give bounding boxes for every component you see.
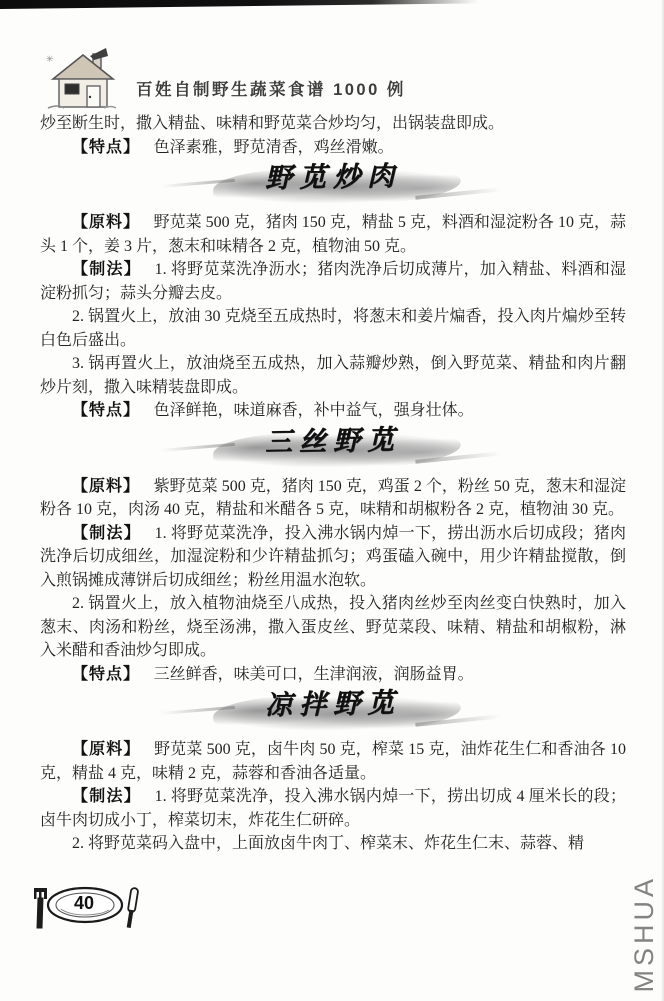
ingredients-paragraph: 【原料】紫野苋菜 500 克，猪肉 150 克，鸡蛋 2 个，粉丝 50 克，葱… [40, 475, 626, 522]
page-content: 炒至断生时，撒入精盐、味精和野苋菜合炒均匀，出锅装盘即成。 【特点】色泽素雅，野… [0, 112, 664, 856]
ingredients-label: 【原料】 [72, 478, 140, 495]
method-paragraph: 【制法】1. 将野苋菜洗净，投入沸水锅内焯一下，捞出切成 4 厘米长的段；卤牛肉… [40, 785, 626, 832]
feature-line: 【特点】色泽鲜艳，味道麻香，补中益气，强身壮体。 [40, 399, 626, 423]
scan-edge-artifact [0, 0, 478, 9]
watermark: MSHUA [629, 875, 660, 993]
method-label: 【制法】 [72, 261, 141, 278]
book-title: 百姓自制野生蔬菜食谱 1000 例 [136, 76, 406, 100]
method-paragraph: 【制法】1. 将野苋菜洗净，投入沸水锅内焯一下，捞出沥水后切成段；猪肉洗净后切成… [40, 522, 626, 593]
feature-line: 【特点】三丝鲜香，味美可口，生津润液，润肠益胃。 [40, 663, 626, 687]
recipe-title-banner: 凉拌野苋 [227, 689, 439, 735]
ingredients-paragraph: 【原料】野苋菜 500 克，猪肉 150 克，精盐 5 克，料酒和湿淀粉各 10… [40, 211, 626, 258]
method-step: 2. 将野苋菜码入盘中，上面放卤牛肉丁、榨菜末、炸花生仁末、蒜蓉、精 [40, 832, 626, 856]
recipe-title-banner: 野苋炒肉 [227, 162, 439, 208]
page-number: 40 [52, 893, 116, 914]
ingredients-paragraph: 【原料】野苋菜 500 克，卤牛肉 50 克，榨菜 15 克，油炸花生仁和香油各… [40, 738, 626, 785]
recipe-title-banner: 三丝野苋 [227, 426, 439, 472]
method-paragraph: 【制法】1. 将野苋菜洗净沥水；猪肉洗净后切成薄片，加入精盐、料酒和湿淀粉抓匀；… [40, 258, 626, 305]
feature-label: 【特点】 [72, 666, 140, 683]
fork-icon [34, 888, 47, 928]
feature-text: 三丝鲜香，味美可口，生津润液，润肠益胃。 [154, 666, 474, 683]
method-step: 3. 锅再置火上，放油烧至五成热，加入蒜瓣炒熟，倒入野苋菜、精盐和肉片翻炒片刻，… [40, 352, 626, 399]
book-page: ✳ 百姓自制野生蔬菜食谱 1000 例 炒至断生时，撒入精盐、味精和野苋菜合炒均… [0, 0, 664, 1001]
intro-feature-line: 【特点】色泽素雅，野苋清香，鸡丝滑嫩。 [40, 136, 626, 160]
feature-text: 色泽鲜艳，味道麻香，补中益气，强身壮体。 [154, 402, 474, 419]
knife-icon [125, 888, 138, 929]
feature-text: 色泽素雅，野苋清香，鸡丝滑嫩。 [154, 139, 394, 156]
recipe-title: 凉拌野苋 [227, 691, 439, 718]
method-label: 【制法】 [72, 788, 141, 805]
page-header: ✳ 百姓自制野生蔬菜食谱 1000 例 [44, 46, 624, 112]
page-number-plate: 40 [28, 880, 146, 934]
recipe-title: 野苋炒肉 [227, 164, 439, 191]
ingredients-label: 【原料】 [72, 214, 140, 231]
recipe-title: 三丝野苋 [227, 428, 439, 455]
method-label: 【制法】 [72, 525, 141, 542]
house-icon: ✳ [44, 46, 120, 112]
method-step: 2. 锅置火上，放油 30 克烧至五成热时，将葱末和姜片煸香，投入肉片煸炒至转白… [40, 305, 626, 352]
svg-text:✳: ✳ [46, 54, 54, 64]
ingredients-label: 【原料】 [72, 741, 141, 758]
feature-label: 【特点】 [72, 402, 140, 419]
continuation-text: 炒至断生时，撒入精盐、味精和野苋菜合炒均匀，出锅装盘即成。 [40, 112, 626, 136]
feature-label: 【特点】 [72, 139, 140, 156]
method-step: 2. 锅置火上，放入植物油烧至八成热，投入猪肉丝炒至肉丝变白快熟时，加入葱末、肉… [40, 592, 626, 663]
